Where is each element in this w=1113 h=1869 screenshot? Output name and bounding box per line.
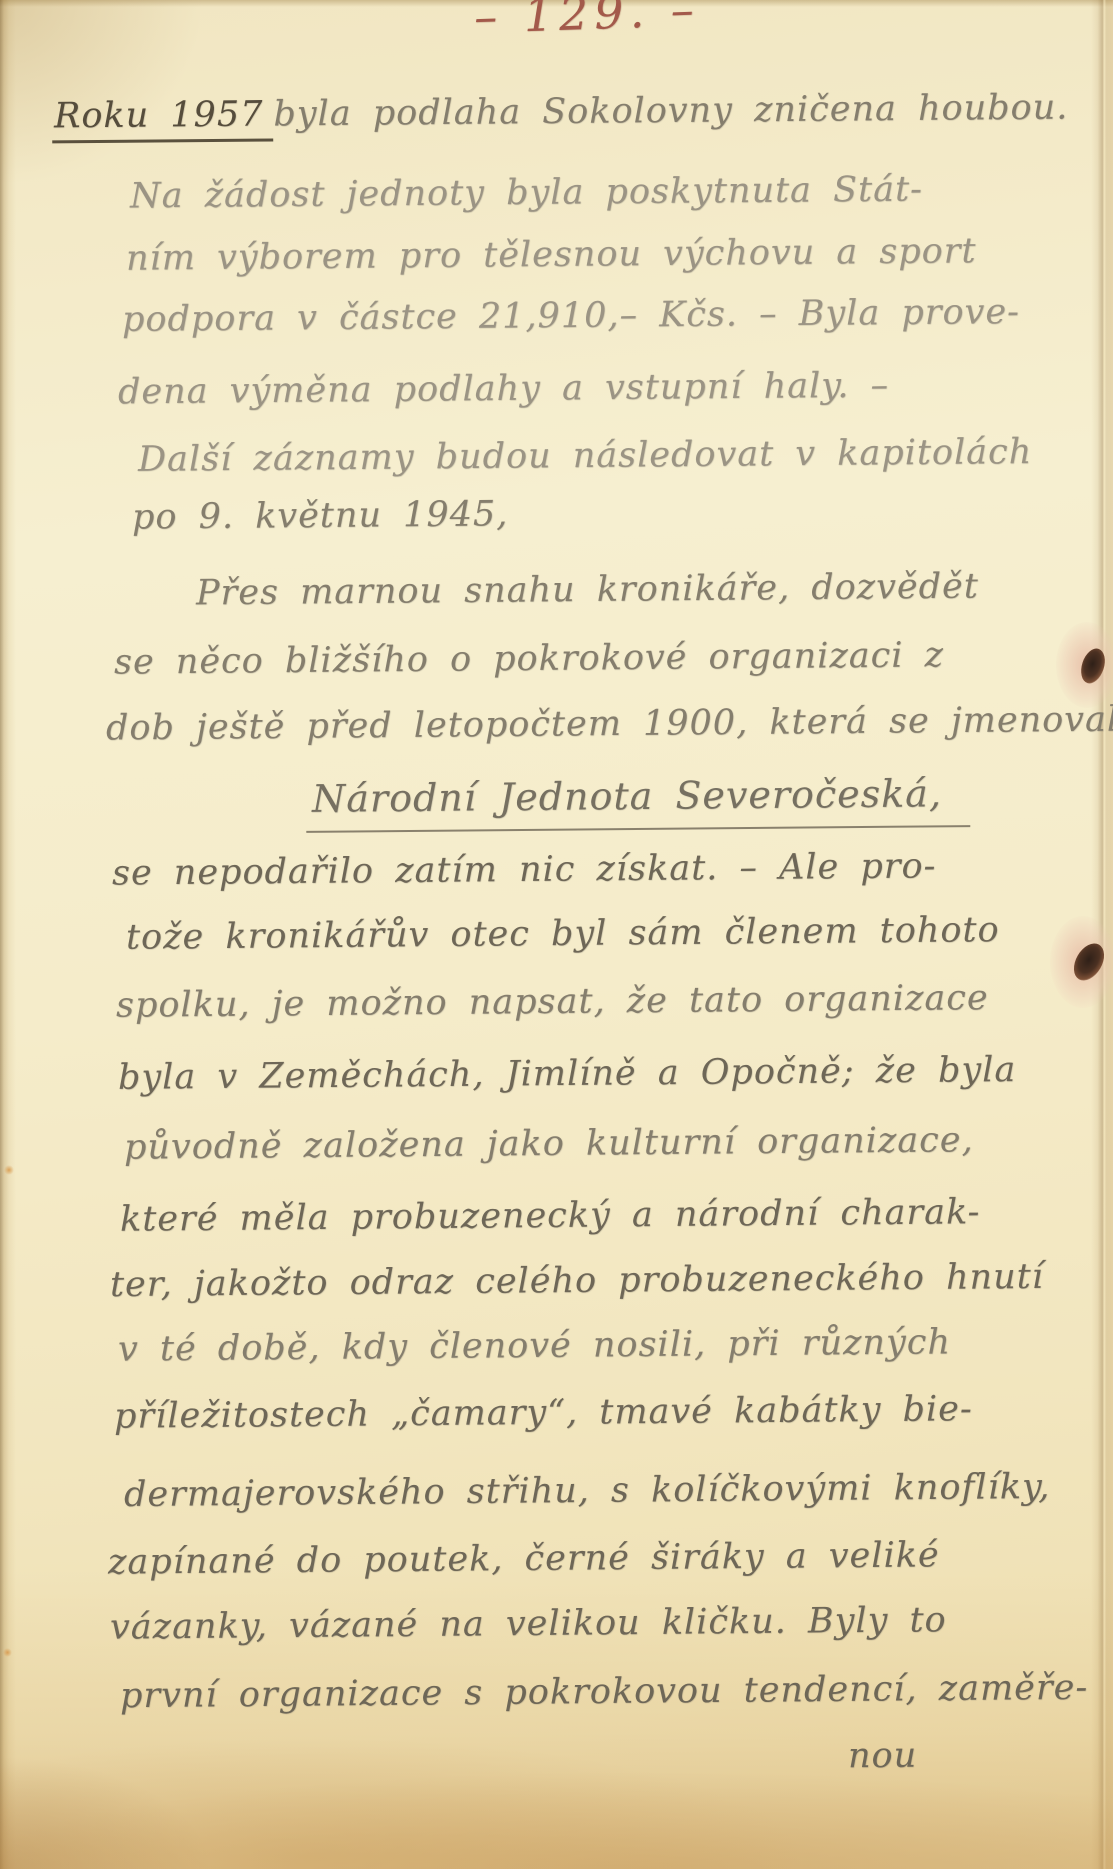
manuscript-line: Na žádost jednoty byla poskytnuta Stát- [130,170,923,217]
chronicle-page: – 129. – Roku 1957byla podlaha Sokolovny… [0,0,1113,1869]
manuscript-line: ním výborem pro tělesnou výchovu a sport [126,231,977,278]
year-emphasis: Roku 1957 [52,95,274,144]
manuscript-line: v té době, kdy členové nosili, při různý… [118,1322,951,1369]
manuscript-line: spolku, je možno napsat, že tato organiz… [116,978,989,1026]
manuscript-line: zapínané do poutek, černé širáky a velik… [108,1535,940,1582]
manuscript-line: dena výměna podlahy a vstupní haly. – [118,366,889,413]
manuscript-line: se něco bližšího o pokrokové organizaci … [114,635,944,682]
paper-speck [4,1165,14,1175]
manuscript-line: po 9. květnu 1945, [132,494,509,537]
manuscript-line: ter, jakožto odraz celého probuzeneckého… [110,1257,1044,1305]
page-number: – 129. – [473,0,700,44]
manuscript-line: Národní Jednota Severočeská, [306,771,970,821]
paper-speck [3,1648,12,1657]
manuscript-line: tože kronikářův otec byl sám členem toho… [126,910,1000,958]
manuscript-line: které měla probuzenecký a národní charak… [120,1192,981,1240]
manuscript-line: dob ještě před letopočtem 1900, která se… [106,699,1113,748]
catchword: nou [848,1736,918,1777]
manuscript-line: dermajerovského střihu, s kolíčkovými kn… [124,1467,1051,1515]
chapter-heading: Národní Jednota Severočeská, [306,771,970,833]
manuscript-line: původně založena jako kulturní organizac… [124,1120,974,1167]
manuscript-line: Roku 1957byla podlaha Sokolovny zničena … [52,88,1069,137]
manuscript-line: Další záznamy budou následovat v kapitol… [138,432,1033,480]
manuscript-line: příležitostech „čamary“, tmavé kabátky b… [114,1389,973,1436]
manuscript-line: vázanky, vázané na velikou kličku. Byly … [110,1600,947,1647]
manuscript-line: podpora v částce 21,910,– Kčs. – Byla pr… [122,292,1020,340]
manuscript-line: Přes marnou snahu kronikáře, dozvědět [196,567,979,614]
manuscript-line: se nepodařilo zatím nic získat. – Ale pr… [112,846,937,893]
manuscript-line: první organizace s pokrokovou tendencí, … [120,1668,1089,1716]
manuscript-line: byla v Zeměchách, Jimlíně a Opočně; že b… [118,1050,1017,1098]
opening-rest: byla podlaha Sokolovny zničena houbou. [273,88,1068,135]
